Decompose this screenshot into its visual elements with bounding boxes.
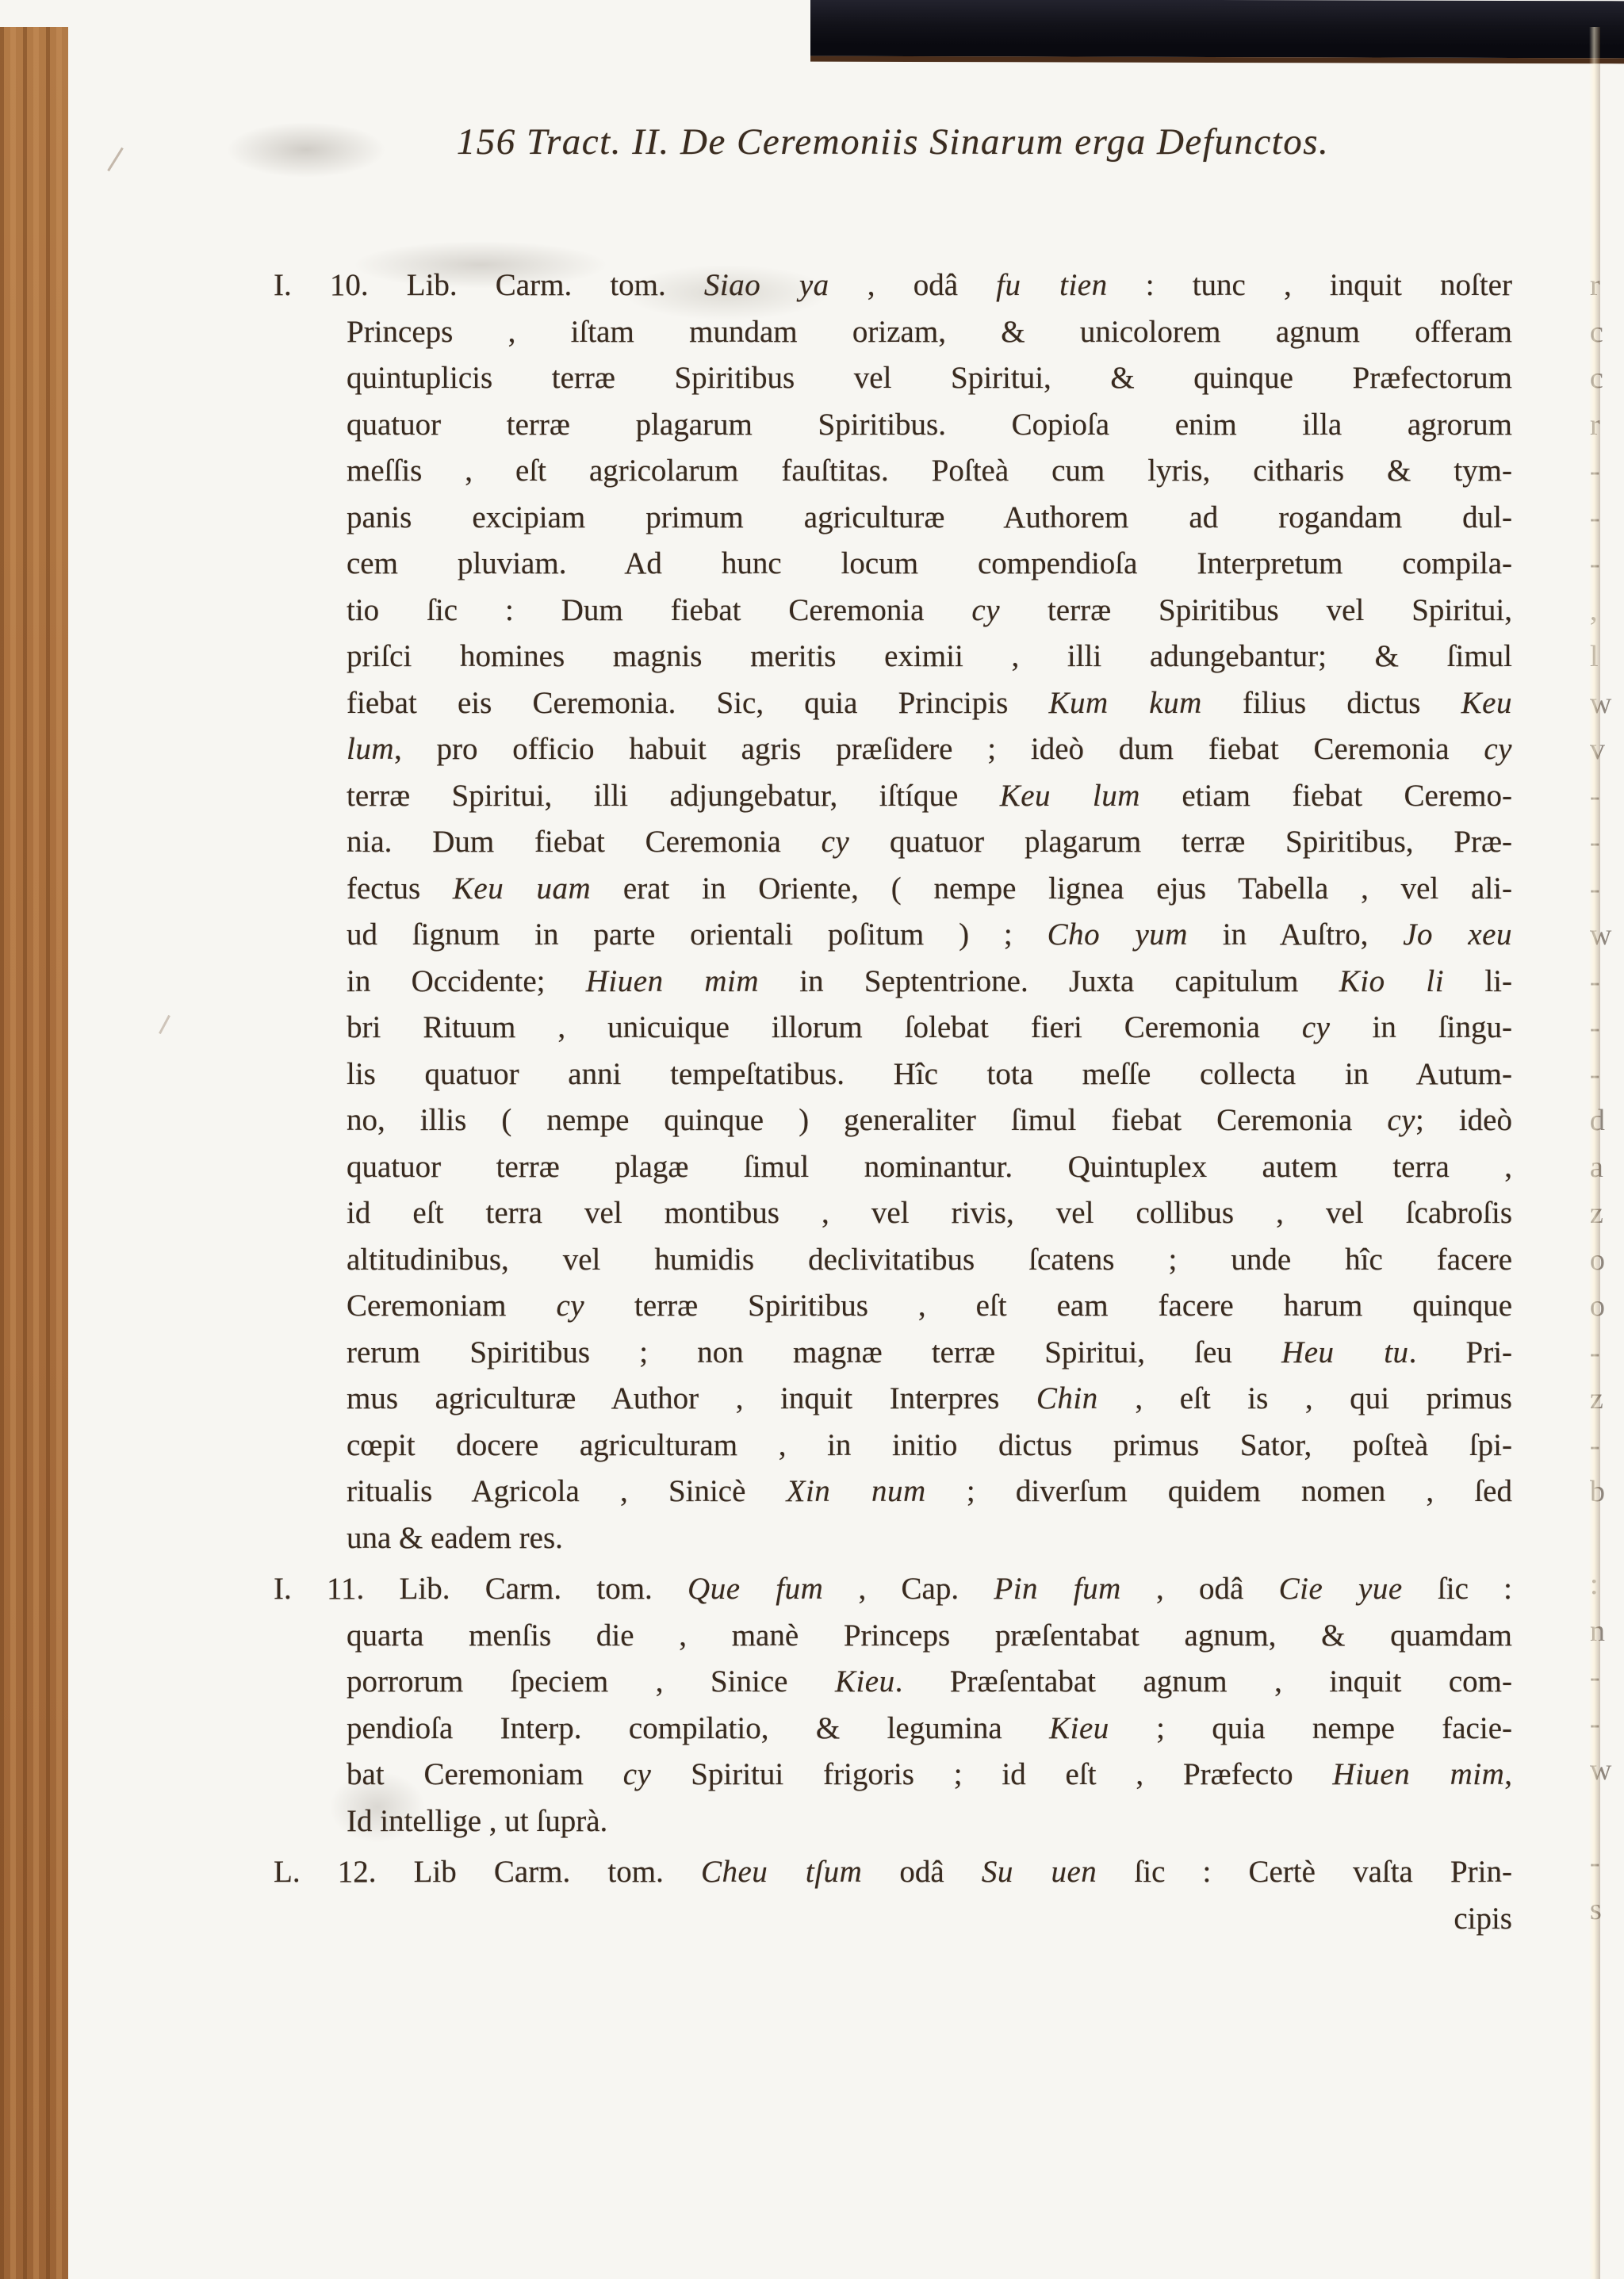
text-segment: quintuplicis terræ Spiritibus vel Spirit… (347, 361, 1512, 395)
catchword: cipis (1454, 1902, 1512, 1936)
text-line: quatuor terræ plagarum Spiritibus. Copio… (347, 402, 1512, 449)
romanized-term: Keu (1461, 686, 1512, 720)
text-line: ud ſignum in parte orientali poſitum ) ;… (347, 912, 1512, 959)
text-segment: Id intellige , ut ſuprà. (347, 1804, 607, 1838)
text-line: Ceremoniam cy terræ Spiritibus , eſt eam… (347, 1283, 1512, 1330)
text-segment: , odâ (829, 268, 996, 302)
text-segment: in ſingu- (1331, 1010, 1513, 1044)
gutter-crease (1589, 27, 1600, 2279)
text-segment: bat Ceremoniam (347, 1757, 623, 1791)
romanized-term: cy (822, 825, 850, 859)
text-segment: tio ſic : Dum fiebat Ceremonia (347, 593, 971, 627)
romanized-term: cy (1302, 1010, 1331, 1044)
text-segment: in Occidente; (347, 964, 586, 998)
text-segment: ud ſignum in parte orientali poſitum ) ; (347, 917, 1048, 952)
text-line: mus agriculturæ Author , inquit Interpre… (347, 1376, 1512, 1423)
romanized-term: lum (347, 732, 394, 766)
paragraph: L. 12. Lib Carm. tom. Cheu tſum odâ Su u… (347, 1849, 1512, 1896)
text-line: priſci homines magnis meritis eximii , i… (347, 634, 1512, 680)
text-segment: una & eadem res. (347, 1521, 563, 1555)
text-segment: ſic : Certè vaſta Prin- (1097, 1855, 1512, 1889)
text-segment: , eſt is , qui primus (1098, 1381, 1512, 1415)
romanized-term: Keu lum (1000, 779, 1140, 813)
romanized-term: Siao ya (704, 268, 829, 302)
text-line: lum, pro officio habuit agris præſidere … (347, 726, 1512, 773)
romanized-term: Cie yue (1279, 1572, 1403, 1606)
text-segment: terræ Spiritibus vel Spiritui, (1000, 593, 1512, 627)
text-line: lis quatuor anni tempeſtatibus. Hîc tota… (347, 1051, 1512, 1098)
text-line: una & eadem res. (347, 1515, 1512, 1562)
text-segment: odâ (862, 1855, 982, 1889)
text-segment: filius dictus (1202, 686, 1461, 720)
romanized-term: Keu uam (453, 871, 591, 906)
text-line: cem pluviam. Ad hunc locum compendioſa I… (347, 541, 1512, 588)
romanized-term: Heu tu (1281, 1335, 1409, 1369)
text-segment: cœpit docere agriculturam , in initio di… (347, 1428, 1512, 1462)
text-segment: Spiritui frigoris ; id eſt , Præfecto (651, 1757, 1332, 1791)
running-header: 156 Tract. II. De Ceremoniis Sinarum erg… (259, 121, 1527, 163)
text-segment: Princeps , iſtam mundam orizam, & unicol… (347, 315, 1512, 349)
text-line: panis excipiam primum agriculturæ Author… (347, 495, 1512, 542)
text-segment: in Auſtro, (1188, 917, 1403, 952)
text-segment: altitudinibus, vel humidis declivitatibu… (347, 1243, 1512, 1277)
text-segment: I. 11. Lib. Carm. tom. (274, 1572, 688, 1606)
text-segment: etiam fiebat Ceremo- (1140, 779, 1512, 813)
text-segment: bri Rituum , unicuique illorum ſolebat f… (347, 1010, 1302, 1044)
text-segment: nia. Dum fiebat Ceremonia (347, 825, 822, 859)
romanized-term: Kieu (835, 1664, 895, 1699)
text-segment: rerum Spiritibus ; non magnæ terræ Spiri… (347, 1335, 1281, 1369)
text-segment: ; diverſum quidem nomen , ſed (926, 1474, 1512, 1508)
text-line: rerum Spiritibus ; non magnæ terræ Spiri… (347, 1330, 1512, 1377)
book-page: 156 Tract. II. De Ceremoniis Sinarum erg… (68, 27, 1624, 2279)
text-segment: mus agriculturæ Author , inquit Interpre… (347, 1381, 1036, 1415)
romanized-term: Hiuen mim (1332, 1757, 1504, 1791)
romanized-term: Kio li (1339, 964, 1444, 998)
text-segment: in Septentrione. Juxta capitulum (759, 964, 1339, 998)
text-segment: ; quia nempe facie- (1109, 1711, 1512, 1745)
romanized-term: Xin num (787, 1474, 926, 1508)
romanized-term: Kieu (1049, 1711, 1109, 1745)
romanized-term: Chin (1036, 1381, 1098, 1415)
paragraphs-container: I. 10. Lib. Carm. tom. Siao ya , odâ fu … (347, 262, 1512, 1896)
romanized-term: Cho yum (1048, 917, 1188, 952)
text-segment: id eſt terra vel montibus , vel rivis, v… (347, 1196, 1512, 1230)
romanized-term: Kum kum (1048, 686, 1201, 720)
text-segment: erat in Oriente, ( nempe lignea ejus Tab… (591, 871, 1512, 906)
romanized-term: cy (623, 1757, 652, 1791)
text-segment: , pro officio habuit agris præſidere ; i… (394, 732, 1484, 766)
text-line: nia. Dum fiebat Ceremonia cy quatuor pla… (347, 819, 1512, 866)
romanized-term: Jo xeu (1403, 917, 1512, 952)
text-segment: quatuor terræ plagæ ſimul nominantur. Qu… (347, 1150, 1512, 1184)
text-segment: ; ideò (1415, 1103, 1512, 1137)
text-segment: ritualis Agricola , Sinicè (347, 1474, 787, 1508)
text-line: porrorum ſpeciem , Sinice Kieu. Præſenta… (347, 1659, 1512, 1706)
text-line: I. 11. Lib. Carm. tom. Que fum , Cap. Pi… (274, 1566, 1512, 1613)
text-segment: porrorum ſpeciem , Sinice (347, 1664, 835, 1699)
text-segment: ſic : (1403, 1572, 1512, 1606)
text-segment: , Cap. (823, 1572, 994, 1606)
text-line: terræ Spiritui, illi adjungebatur, iſtíq… (347, 773, 1512, 820)
text-segment: , (1504, 1757, 1512, 1791)
text-segment: . Præſentabat agnum , inquit com- (895, 1664, 1512, 1699)
text-segment: fiebat eis Ceremonia. Sic, quia Principi… (347, 686, 1048, 720)
text-line: Princeps , iſtam mundam orizam, & unicol… (347, 309, 1512, 356)
text-line: no, illis ( nempe quinque ) generaliter … (347, 1097, 1512, 1144)
book-photo: 156 Tract. II. De Ceremoniis Sinarum erg… (0, 0, 1624, 2279)
romanized-term: Pin fum (994, 1572, 1120, 1606)
paragraph: I. 10. Lib. Carm. tom. Siao ya , odâ fu … (347, 262, 1512, 1561)
text-line: quintuplicis terræ Spiritibus vel Spirit… (347, 355, 1512, 402)
text-segment: priſci homines magnis meritis eximii , i… (347, 639, 1512, 673)
text-line: fiebat eis Ceremonia. Sic, quia Principi… (347, 680, 1512, 727)
text-segment: terræ Spiritui, illi adjungebatur, iſtíq… (347, 779, 1000, 813)
text-segment: L. 12. Lib Carm. tom. (274, 1855, 701, 1889)
romanized-term: cy (556, 1289, 584, 1323)
text-line: fectus Keu uam erat in Oriente, ( nempe … (347, 866, 1512, 913)
text-line: bat Ceremoniam cy Spiritui frigoris ; id… (347, 1752, 1512, 1798)
text-segment: meſſis , eſt agricolarum fauſtitas. Poſt… (347, 454, 1512, 488)
text-line: tio ſic : Dum fiebat Ceremonia cy terræ … (347, 588, 1512, 634)
text-segment: quatuor terræ plagarum Spiritibus. Copio… (347, 408, 1512, 442)
text-line: I. 10. Lib. Carm. tom. Siao ya , odâ fu … (274, 262, 1512, 309)
text-line: quarta menſis die , manè Princeps præſen… (347, 1613, 1512, 1660)
text-line: L. 12. Lib Carm. tom. Cheu tſum odâ Su u… (274, 1849, 1512, 1896)
text-segment: : tunc , inquit noſter (1108, 268, 1512, 302)
romanized-term: cy (1484, 732, 1512, 766)
paragraph: I. 11. Lib. Carm. tom. Que fum , Cap. Pi… (347, 1566, 1512, 1844)
text-line: altitudinibus, vel humidis declivitatibu… (347, 1237, 1512, 1284)
text-segment: , odâ (1121, 1572, 1279, 1606)
text-line: pendioſa Interp. compilatio, & legumina … (347, 1706, 1512, 1752)
text-line: ritualis Agricola , Sinicè Xin num ; div… (347, 1469, 1512, 1515)
text-segment: quarta menſis die , manè Princeps præſen… (347, 1618, 1512, 1653)
romanized-term: Su uen (982, 1855, 1097, 1889)
romanized-term: Hiuen mim (586, 964, 759, 998)
romanized-term: cy (971, 593, 1000, 627)
text-segment: li- (1444, 964, 1512, 998)
text-line: Id intellige , ut ſuprà. (347, 1798, 1512, 1845)
text-segment: no, illis ( nempe quinque ) generaliter … (347, 1103, 1387, 1137)
text-block: I. 10. Lib. Carm. tom. Siao ya , odâ fu … (347, 262, 1512, 1942)
text-segment: cem pluviam. Ad hunc locum compendioſa I… (347, 546, 1512, 580)
text-line: in Occidente; Hiuen mim in Septentrione.… (347, 959, 1512, 1005)
text-segment: fectus (347, 871, 453, 906)
text-line: id eſt terra vel montibus , vel rivis, v… (347, 1190, 1512, 1237)
romanized-term: Que fum (688, 1572, 823, 1606)
text-segment: terræ Spiritibus , eſt eam facere harum … (584, 1289, 1512, 1323)
page-fore-edge (0, 27, 68, 2279)
text-segment: Ceremoniam (347, 1289, 556, 1323)
text-segment: panis excipiam primum agriculturæ Author… (347, 500, 1512, 534)
catchword-row: cipis (347, 1896, 1512, 1943)
text-line: bri Rituum , unicuique illorum ſolebat f… (347, 1005, 1512, 1051)
romanized-term: Cheu tſum (701, 1855, 862, 1889)
romanized-term: fu tien (996, 268, 1107, 302)
text-segment: lis quatuor anni tempeſtatibus. Hîc tota… (347, 1057, 1512, 1091)
text-line: quatuor terræ plagæ ſimul nominantur. Qu… (347, 1144, 1512, 1191)
text-segment: pendioſa Interp. compilatio, & legumina (347, 1711, 1049, 1745)
text-segment: quatuor plagarum terræ Spiritibus, Præ- (849, 825, 1512, 859)
text-segment: I. 10. Lib. Carm. tom. (274, 268, 704, 302)
text-line: meſſis , eſt agricolarum fauſtitas. Poſt… (347, 448, 1512, 495)
romanized-term: cy (1387, 1103, 1415, 1137)
text-segment: . Pri- (1409, 1335, 1512, 1369)
text-line: cœpit docere agriculturam , in initio di… (347, 1423, 1512, 1469)
